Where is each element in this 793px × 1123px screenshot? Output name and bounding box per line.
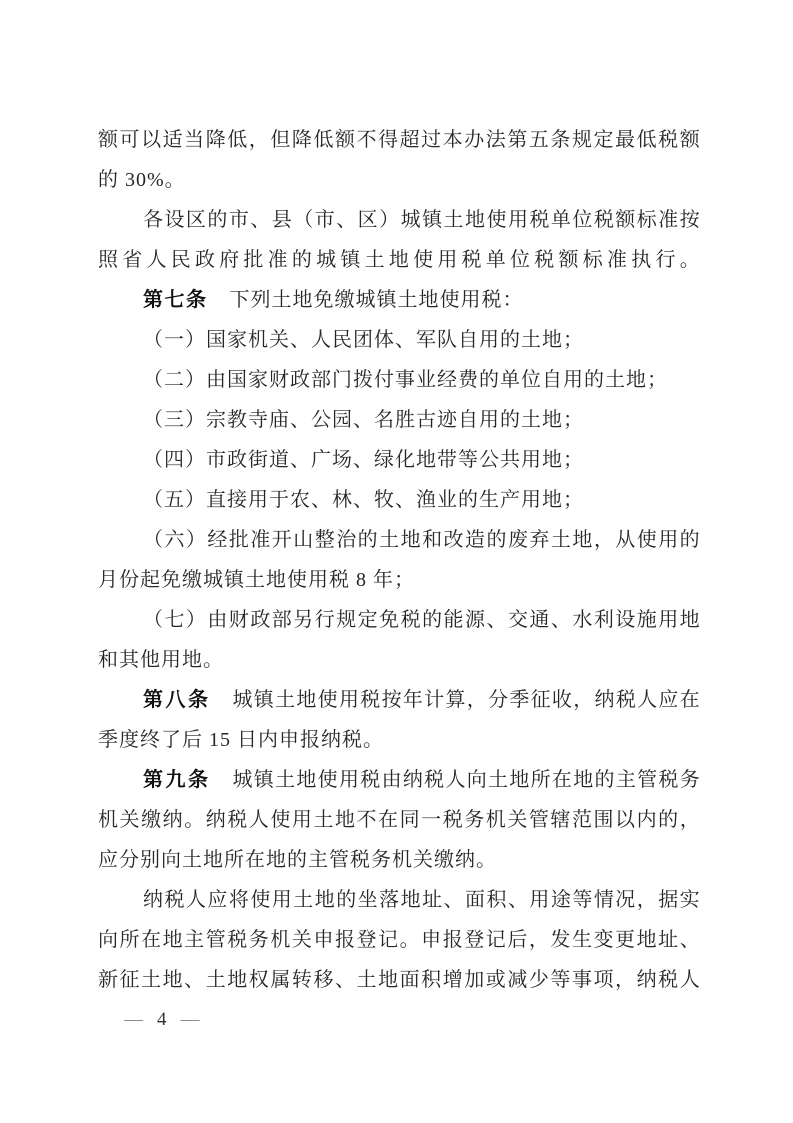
- clause-line: （六）经批准开山整治的土地和改造的废弃土地，从使用的: [98, 520, 700, 560]
- line-text: 和其他用地。: [98, 649, 224, 671]
- article-8-heading-line: 第八条城镇土地使用税按年计算，分季征收，纳税人应在: [98, 680, 700, 720]
- line-text: （二）由国家财政部门拨付事业经费的单位自用的土地；: [143, 369, 668, 391]
- line-text: 城镇土地使用税按年计算，分季征收，纳税人应在: [233, 689, 701, 711]
- footer-right-dash: —: [181, 1009, 200, 1030]
- clause-line: （五）直接用于农、林、牧、渔业的生产用地；: [98, 480, 700, 520]
- text-line: 照省人民政府批准的城镇土地使用税单位税额标准执行。: [98, 240, 700, 280]
- line-text: 各设区的市、县（市、区）城镇土地使用税单位税额标准按: [143, 209, 700, 231]
- text-line: 应分别向土地所在地的主管税务机关缴纳。: [98, 840, 700, 880]
- text-line: 机关缴纳。纳税人使用土地不在同一税务机关管辖范围以内的，: [98, 800, 700, 840]
- document-page: 额可以适当降低，但降低额不得超过本办法第五条规定最低税额 的 30%。 各设区的…: [0, 0, 793, 1123]
- line-text: 纳税人应将使用土地的坐落地址、面积、用途等情况，据实: [143, 889, 700, 911]
- text-line: 新征土地、土地权属转移、土地面积增加或减少等事项，纳税人: [98, 960, 700, 1000]
- line-text: （一）国家机关、人民团体、军队自用的土地；: [143, 329, 584, 351]
- article-number: 第七条: [143, 289, 208, 311]
- line-text: 月份起免缴城镇土地使用税 8 年；: [98, 569, 415, 591]
- line-text: （七）由财政部另行规定免税的能源、交通、水利设施用地: [143, 609, 700, 631]
- text-line: 各设区的市、县（市、区）城镇土地使用税单位税额标准按: [98, 200, 700, 240]
- line-text: 季度终了后 15 日内申报纳税。: [98, 729, 384, 751]
- text-line: 额可以适当降低，但降低额不得超过本办法第五条规定最低税额: [98, 120, 700, 160]
- article-number: 第九条: [143, 769, 211, 791]
- clause-line: （三）宗教寺庙、公园、名胜古迹自用的土地；: [98, 400, 700, 440]
- page-number: 4: [143, 1009, 181, 1030]
- text-line: 纳税人应将使用土地的坐落地址、面积、用途等情况，据实: [98, 880, 700, 920]
- line-text: 下列土地免缴城镇土地使用税：: [230, 289, 524, 311]
- text-line: 季度终了后 15 日内申报纳税。: [98, 720, 700, 760]
- line-text: （三）宗教寺庙、公园、名胜古迹自用的土地；: [143, 409, 584, 431]
- line-text: 新征土地、土地权属转移、土地面积增加或减少等事项，纳税人: [98, 969, 700, 991]
- text-line: 月份起免缴城镇土地使用税 8 年；: [98, 560, 700, 600]
- line-text: 向所在地主管税务机关申报登记。申报登记后，发生变更地址、: [98, 929, 700, 951]
- text-block: 额可以适当降低，但降低额不得超过本办法第五条规定最低税额 的 30%。 各设区的…: [98, 120, 700, 1040]
- line-text: 城镇土地使用税由纳税人向土地所在地的主管税务: [233, 769, 701, 791]
- page-footer: —4—: [98, 1000, 700, 1040]
- clause-line: （七）由财政部另行规定免税的能源、交通、水利设施用地: [98, 600, 700, 640]
- article-7-heading-line: 第七条下列土地免缴城镇土地使用税：: [98, 280, 700, 320]
- line-text: 机关缴纳。纳税人使用土地不在同一税务机关管辖范围以内的，: [98, 809, 700, 831]
- clause-line: （四）市政街道、广场、绿化地带等公共用地；: [98, 440, 700, 480]
- line-text: 照省人民政府批准的城镇土地使用税单位税额标准执行。: [98, 249, 700, 271]
- text-line: 向所在地主管税务机关申报登记。申报登记后，发生变更地址、: [98, 920, 700, 960]
- line-text: （五）直接用于农、林、牧、渔业的生产用地；: [143, 489, 584, 511]
- footer-left-dash: —: [124, 1009, 143, 1030]
- line-text: （六）经批准开山整治的土地和改造的废弃土地，从使用的: [143, 529, 700, 551]
- clause-line: （二）由国家财政部门拨付事业经费的单位自用的土地；: [98, 360, 700, 400]
- text-line: 和其他用地。: [98, 640, 700, 680]
- line-text: 额可以适当降低，但降低额不得超过本办法第五条规定最低税额: [98, 129, 700, 151]
- text-line: 的 30%。: [98, 160, 700, 200]
- line-text: 的 30%。: [98, 169, 186, 191]
- clause-line: （一）国家机关、人民团体、军队自用的土地；: [98, 320, 700, 360]
- article-number: 第八条: [143, 689, 211, 711]
- line-text: （四）市政街道、广场、绿化地带等公共用地；: [143, 449, 584, 471]
- line-text: 应分别向土地所在地的主管税务机关缴纳。: [98, 849, 497, 871]
- article-9-heading-line: 第九条城镇土地使用税由纳税人向土地所在地的主管税务: [98, 760, 700, 800]
